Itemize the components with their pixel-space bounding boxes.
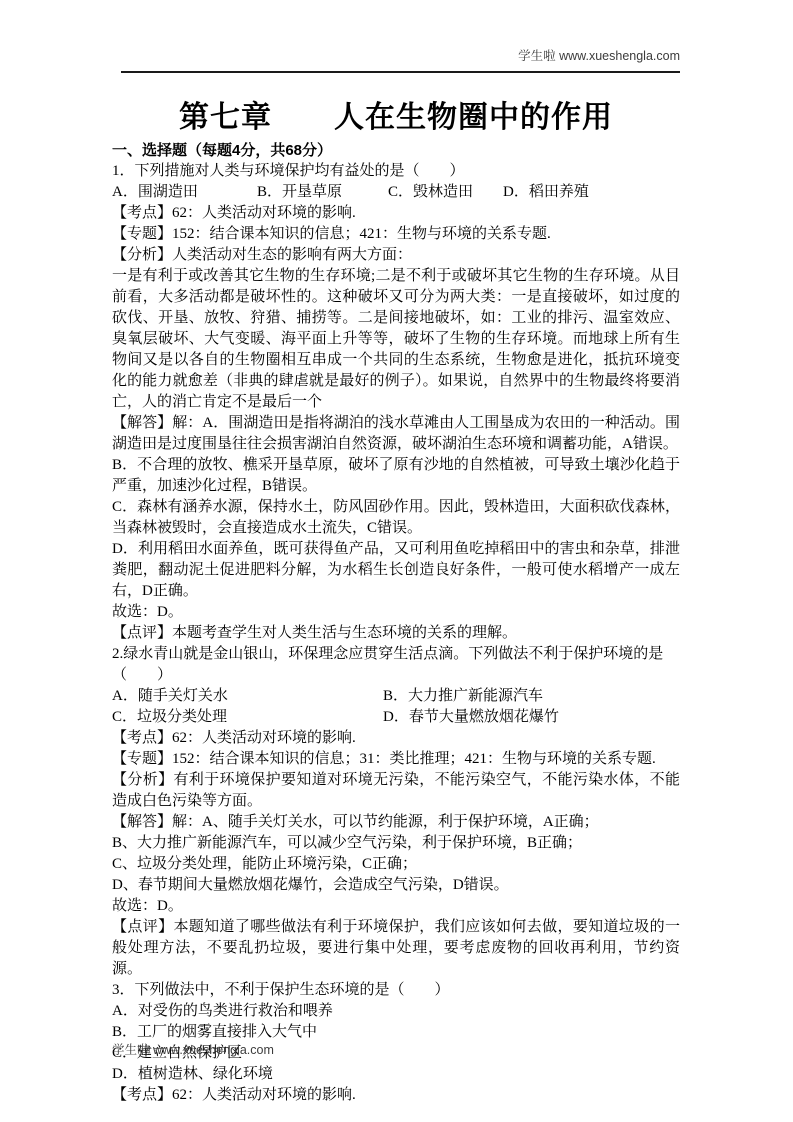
- option-item: B．开垦草原: [257, 182, 388, 203]
- document-body-blocks: 1．下列措施对人类与环境保护均有益处的是（ ）A．围湖造田B．开垦草原C．毁林造…: [112, 161, 680, 1106]
- document-body: 一、选择题（每题4分，共68分） 1．下列措施对人类与环境保护均有益处的是（ ）…: [112, 140, 680, 1106]
- text-line: 故选：D。: [112, 602, 680, 623]
- section-heading: 一、选择题（每题4分，共68分）: [112, 140, 680, 161]
- text-line: D、春节期间大量燃放烟花爆竹，会造成空气污染，D错误。: [112, 875, 680, 896]
- text-line: 【解答】解：A、随手关灯关水，可以节约能源，利于保护环境，A正确；: [112, 812, 680, 833]
- text-line: C．森林有涵养水源，保持水土，防风固砂作用。因此，毁林造田，大面积砍伐森林，当森…: [112, 497, 680, 539]
- document-page: 学生啦 www.xueshengla.com 第七章 人在生物圈中的作用 一、选…: [0, 0, 793, 1122]
- options-row: A．随手关灯关水B．大力推广新能源汽车: [112, 686, 680, 707]
- option-item: A．围湖造田: [112, 182, 257, 203]
- options-row: A．围湖造田B．开垦草原C．毁林造田D．稻田养殖: [112, 182, 680, 203]
- text-line: 3．下列做法中，不利于保护生态环境的是（ ）: [112, 980, 680, 1001]
- text-line: D．利用稻田水面养鱼，既可获得鱼产品，又可利用鱼吃掉稻田中的害虫和杂草，排泄粪肥…: [112, 539, 680, 602]
- page-header: 学生啦 www.xueshengla.com: [121, 46, 680, 73]
- text-line: B、大力推广新能源汽车，可以减少空气污染，利于保护环境，B正确；: [112, 833, 680, 854]
- text-line: B．不合理的放牧、樵采开垦草原，破坏了原有沙地的自然植被，可导致土壤沙化趋于严重…: [112, 455, 680, 497]
- option-item: A．随手关灯关水: [112, 686, 383, 707]
- text-line: 2.绿水青山就是金山银山，环保理念应贯穿生活点滴。下列做法不利于保护环境的是（ …: [112, 644, 680, 686]
- option-item: B．大力推广新能源汽车: [383, 688, 543, 704]
- page-footer: 学生啦 www.xueshengla.com: [112, 1040, 274, 1058]
- text-line: 一是有利于或改善其它生物的生存环境;二是不利于或破坏其它生物的生存环境。从目前看…: [112, 266, 680, 413]
- options-row: C．垃圾分类处理D．春节大量燃放烟花爆竹: [112, 707, 680, 728]
- option-item: C．垃圾分类处理: [112, 707, 383, 728]
- text-line: A．对受伤的鸟类进行救治和喂养: [112, 1001, 680, 1022]
- text-line: C、垃圾分类处理，能防止环境污染，C正确；: [112, 854, 680, 875]
- text-line: 【考点】62：人类活动对环境的影响.: [112, 203, 680, 224]
- text-line: 【分析】有利于环境保护要知道对环境无污染，不能污染空气，不能污染水体，不能造成白…: [112, 770, 680, 812]
- text-line: 故选：D。: [112, 896, 680, 917]
- text-line: 1．下列措施对人类与环境保护均有益处的是（ ）: [112, 161, 680, 182]
- text-line: 【点评】本题考查学生对人类生活与生态环境的关系的理解。: [112, 623, 680, 644]
- text-line: D．植树造林、绿化环境: [112, 1064, 680, 1085]
- text-line: 【解答】解：A．围湖造田是指将湖泊的浅水草滩由人工围垦成为农田的一种活动。围湖造…: [112, 413, 680, 455]
- option-item: D．春节大量燃放烟花爆竹: [383, 709, 559, 725]
- footer-site-watermark: 学生啦 www.xueshengla.com: [112, 1043, 274, 1057]
- option-item: D．稻田养殖: [503, 182, 589, 203]
- text-line: 【专题】152：结合课本知识的信息；31：类比推理；421：生物与环境的关系专题…: [112, 749, 680, 770]
- text-line: 【考点】62：人类活动对环境的影响.: [112, 1085, 680, 1106]
- text-line: 【分析】人类活动对生态的影响有两大方面：: [112, 245, 680, 266]
- text-line: 【点评】本题知道了哪些做法有利于环境保护，我们应该如何去做，要知道垃圾的一般处理…: [112, 917, 680, 980]
- text-line: 【考点】62：人类活动对环境的影响.: [112, 728, 680, 749]
- text-line: 【专题】152：结合课本知识的信息；421：生物与环境的关系专题.: [112, 224, 680, 245]
- header-site-watermark: 学生啦 www.xueshengla.com: [518, 49, 680, 63]
- option-item: C．毁林造田: [388, 182, 503, 203]
- page-title: 第七章 人在生物圈中的作用: [112, 92, 680, 136]
